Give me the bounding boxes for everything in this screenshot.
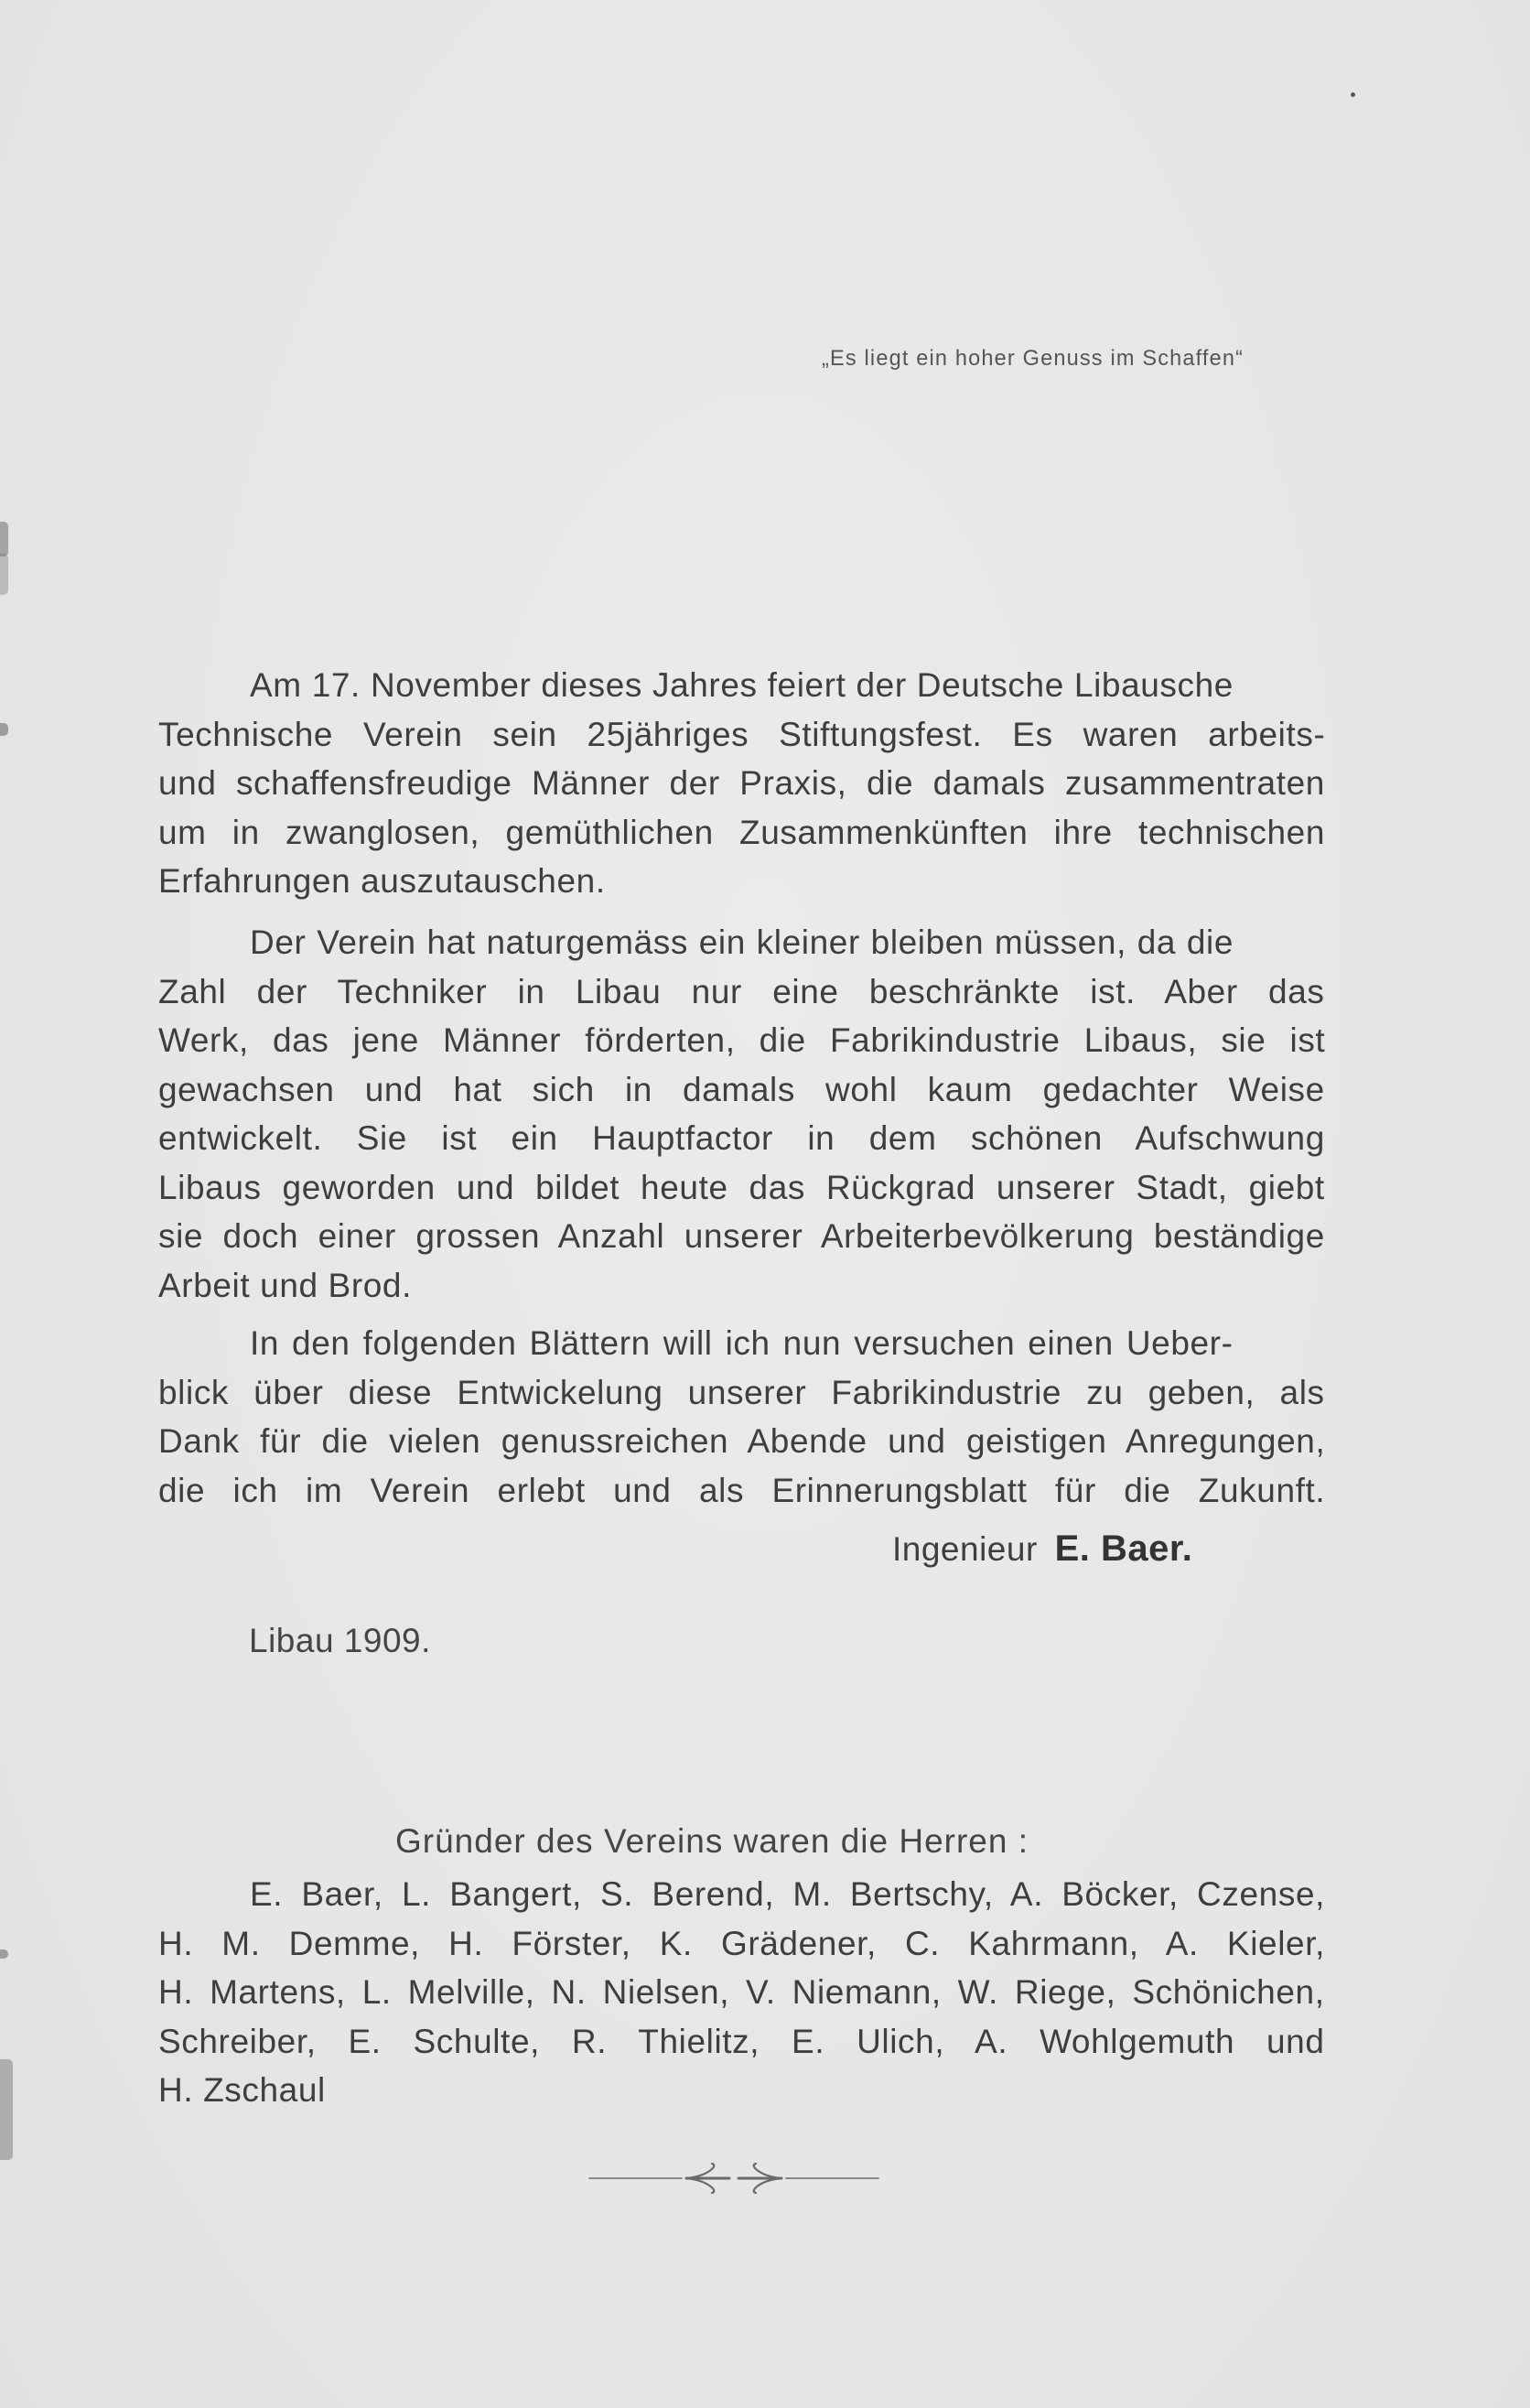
text-line: um in zwanglosen, gemüthlichen Zusammenk…	[158, 808, 1325, 858]
binding-edge-mark	[0, 554, 8, 595]
text-line: Dank für die vielen genussreichen Abende…	[158, 1417, 1325, 1466]
text-line: Schreiber, E. Schulte, R. Thielitz, E. U…	[158, 2017, 1325, 2067]
text-line: die ich im Verein erlebt und als Erinner…	[158, 1466, 1325, 1516]
paragraph-text: In den folgenden Blättern will ich nun v…	[158, 1319, 1325, 1515]
founders-text: E. Baer, L. Bangert, S. Berend, M. Berts…	[158, 1870, 1325, 2115]
text-line: Zahl der Techniker in Libau nur eine bes…	[158, 967, 1325, 1017]
binding-edge-mark	[0, 723, 8, 736]
text-line: H. M. Demme, H. Förster, K. Grädener, C.…	[158, 1919, 1325, 1969]
divider-flourish-icon	[587, 2160, 880, 2197]
text-line: blick über diese Entwickelung unserer Fa…	[158, 1368, 1325, 1418]
text-line: In den folgenden Blättern will ich nun v…	[158, 1319, 1325, 1368]
text-line: Werk, das jene Männer förderten, die Fab…	[158, 1016, 1325, 1065]
text-line: gewachsen und hat sich in damals wohl ka…	[158, 1065, 1325, 1115]
text-line: H. Zschaul	[158, 2066, 1325, 2115]
motto-epigraph: „Es liegt ein hoher Genuss im Schaffen“	[822, 346, 1324, 372]
text-line: Libaus geworden und bildet heute das Rüc…	[158, 1163, 1325, 1213]
scan-speck	[1351, 92, 1355, 97]
text-line: Technische Verein sein 25jähriges Stiftu…	[158, 710, 1325, 760]
text-line: Am 17. November dieses Jahres feiert der…	[158, 661, 1325, 710]
paragraph-3: In den folgenden Blättern will ich nun v…	[158, 1319, 1325, 1515]
place-date: Libau 1909.	[249, 1622, 431, 1660]
text-line: Arbeit und Brod.	[158, 1261, 1325, 1311]
text-line: H. Martens, L. Melville, N. Nielsen, V. …	[158, 1968, 1325, 2017]
binding-edge-mark	[0, 2059, 13, 2160]
founders-heading: Gründer des Vereins waren die Herren :	[395, 1822, 1029, 1861]
paragraph-2: Der Verein hat naturgemäss ein kleiner b…	[158, 918, 1325, 1310]
text-line: Der Verein hat naturgemäss ein kleiner b…	[158, 918, 1325, 967]
paragraph-text: Der Verein hat naturgemäss ein kleiner b…	[158, 918, 1325, 1310]
text-line: und schaffensfreudige Männer der Praxis,…	[158, 759, 1325, 808]
signature-name: E. Baer.	[1055, 1528, 1193, 1569]
founders-list: E. Baer, L. Bangert, S. Berend, M. Berts…	[158, 1870, 1325, 2115]
binding-edge-mark	[0, 522, 8, 556]
text-line: sie doch einer grossen Anzahl unserer Ar…	[158, 1212, 1325, 1261]
paragraph-text: Am 17. November dieses Jahres feiert der…	[158, 661, 1325, 906]
text-line: E. Baer, L. Bangert, S. Berend, M. Berts…	[158, 1870, 1325, 1919]
paragraph-1: Am 17. November dieses Jahres feiert der…	[158, 661, 1325, 906]
signature: Ingenieur E. Baer.	[892, 1528, 1192, 1570]
signature-title: Ingenieur	[892, 1530, 1038, 1568]
text-line: Erfahrungen auszutauschen.	[158, 857, 1325, 906]
text-line: entwickelt. Sie ist ein Hauptfactor in d…	[158, 1114, 1325, 1163]
